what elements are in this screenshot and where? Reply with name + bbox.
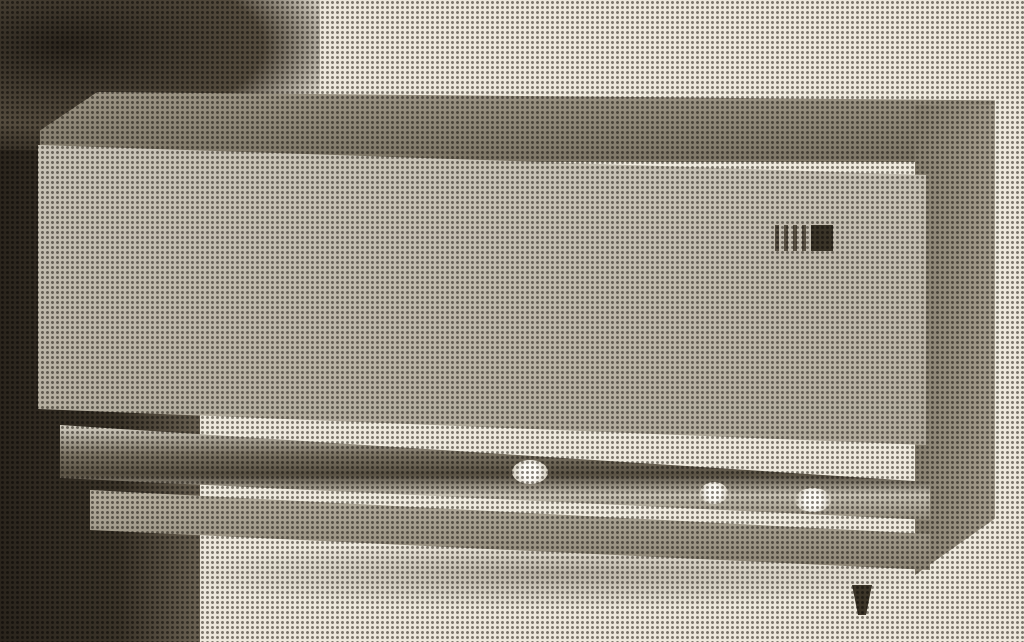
- knob-2: [700, 482, 728, 504]
- vent-block: [811, 225, 833, 251]
- cabinet-front-panel: [38, 145, 926, 445]
- vent-slot: [802, 225, 806, 251]
- vent-grille: [775, 220, 850, 255]
- knob-3: [795, 488, 831, 512]
- vent-slot: [784, 225, 788, 251]
- knob-1: [512, 460, 548, 484]
- vent-slot: [793, 225, 797, 251]
- vent-slot: [775, 225, 779, 251]
- photograph: [0, 0, 1024, 642]
